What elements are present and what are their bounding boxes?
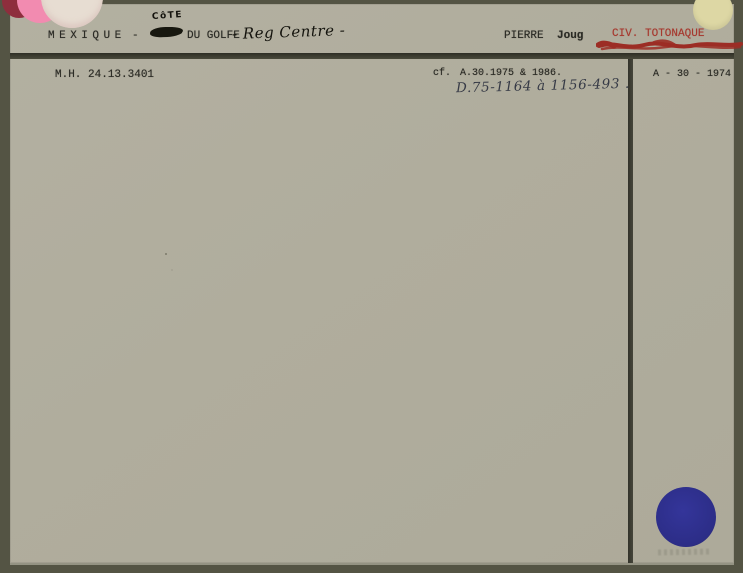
- material-label: PIERRE: [504, 30, 544, 42]
- blue-dot-sticker: [656, 487, 716, 547]
- object-name-label: Joug: [557, 30, 583, 42]
- header-divider-rule: [10, 53, 734, 59]
- faint-pencil-smudge: [658, 549, 710, 556]
- handwritten-coast-annotation: CôTE: [152, 10, 184, 22]
- red-scribble-strikeout: [596, 37, 743, 53]
- negative-number: A - 30 - 1974: [653, 69, 731, 81]
- catalog-card: MEXIQUE - CôTE DU GOLFE - Reg Centre - P…: [10, 4, 734, 563]
- side-column-divider-rule: [628, 59, 633, 563]
- country-label: MEXIQUE: [48, 30, 126, 42]
- header-separator-dash: -: [132, 30, 139, 42]
- handwritten-references: D.75-1164 à 1156-493 .: [456, 76, 630, 97]
- handwritten-region-annotation: - Reg Centre -: [232, 21, 346, 43]
- black-ink-blot-strikeout: [150, 26, 183, 38]
- scanned-catalog-card: MEXIQUE - CôTE DU GOLFE - Reg Centre - P…: [0, 0, 743, 573]
- cf-label: cf.: [433, 68, 451, 80]
- inventory-number: M.H. 24.13.3401: [55, 69, 154, 81]
- paper-dust-specks: [165, 253, 167, 255]
